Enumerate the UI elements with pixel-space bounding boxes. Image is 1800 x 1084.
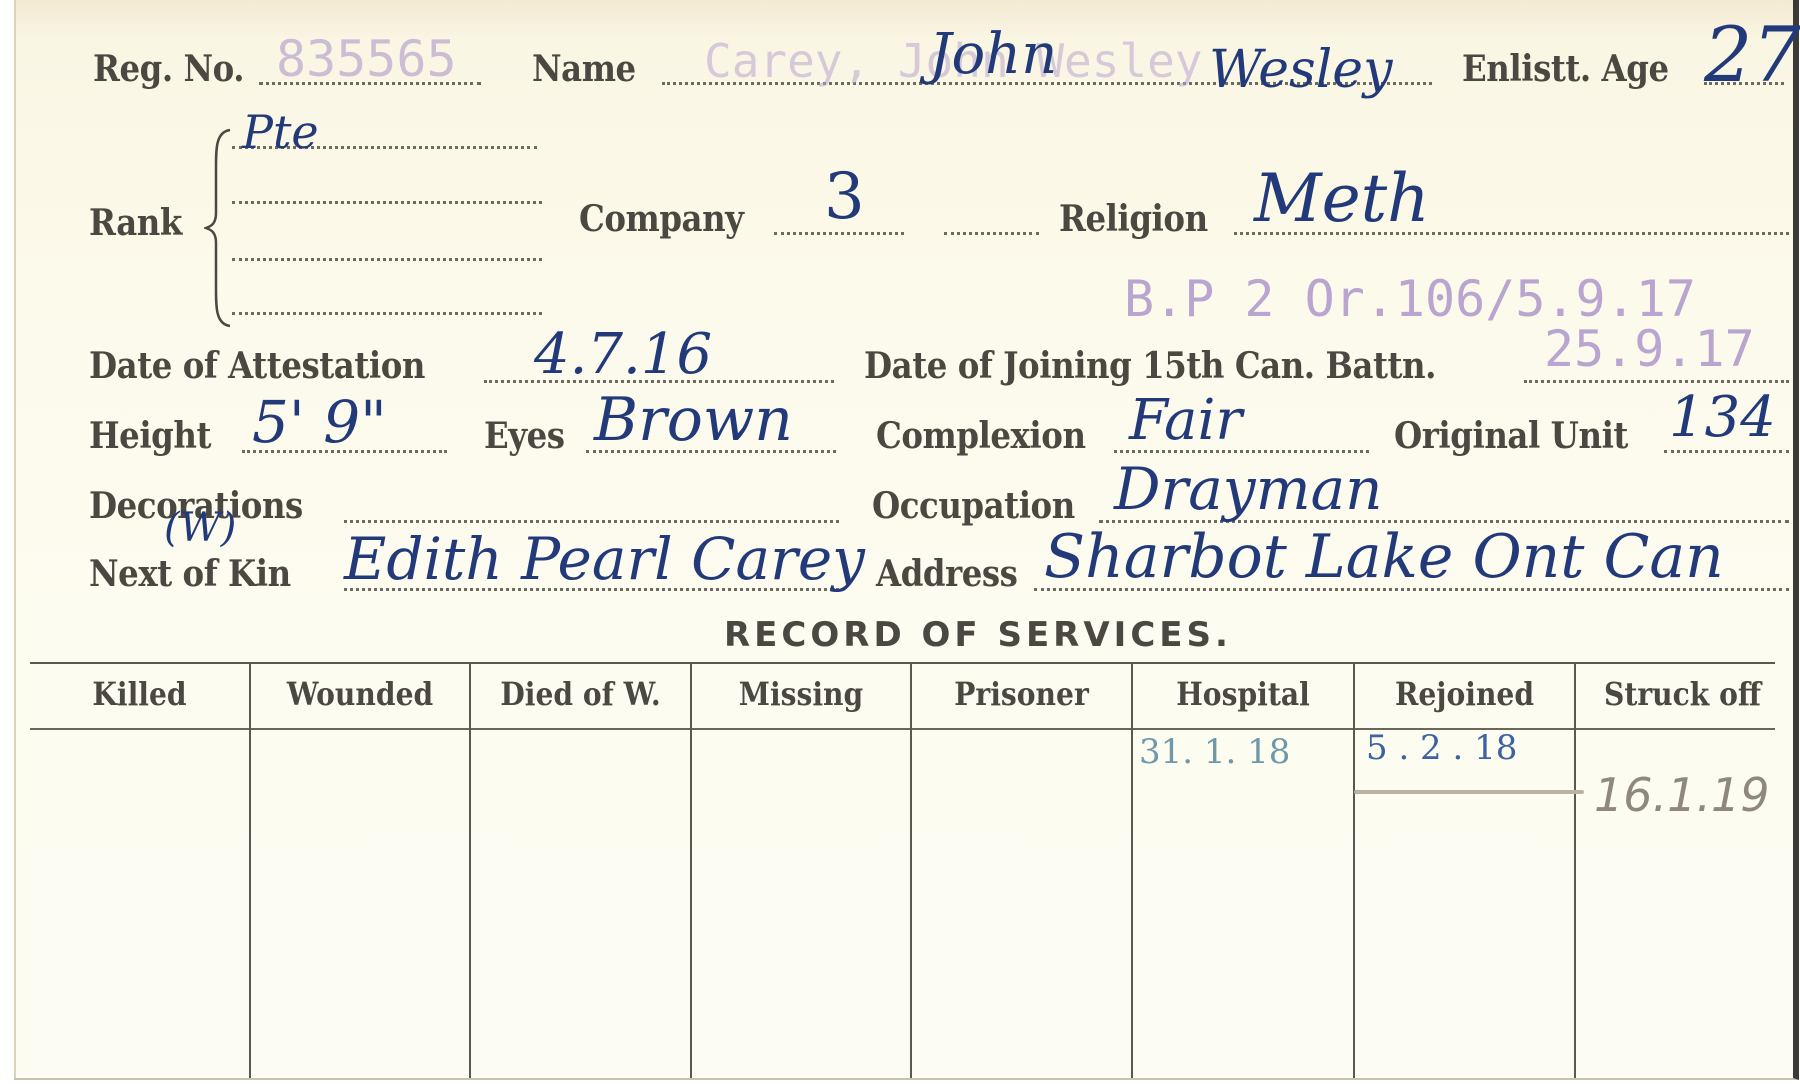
rank-brace: [204, 128, 234, 328]
attestation-label: Date of Attestation: [89, 345, 425, 387]
occupation-label: Occupation: [872, 485, 1075, 527]
col-header-rejoined: Rejoined: [1368, 675, 1561, 713]
eyes-label: Eyes: [484, 415, 565, 457]
rank-line-3: [232, 258, 542, 261]
complexion-value: Fair: [1129, 388, 1242, 453]
attestation-value: 4.7.16: [534, 322, 712, 387]
col-header-died-of-w: Died of W.: [484, 675, 677, 713]
col-header-wounded: Wounded: [264, 675, 456, 713]
service-card: Reg. No. 835565 Name Carey, John Wesley …: [14, 0, 1799, 1080]
original-unit-dots: [1664, 450, 1789, 453]
pencil-connector-line: [1354, 790, 1584, 794]
address-value: Sharbot Lake Ont Can: [1044, 522, 1724, 592]
name-handwritten-first: John: [929, 22, 1057, 87]
eyes-value: Brown: [594, 385, 793, 455]
struck-off-value: 16.1.19: [1594, 768, 1770, 822]
col-divider-1: [249, 664, 251, 1078]
height-label: Height: [89, 415, 211, 457]
reg-no-value: 835565: [276, 30, 457, 88]
next-of-kin-annotation: (W): [164, 505, 236, 551]
col-header-hospital: Hospital: [1146, 675, 1340, 713]
next-of-kin-label: Next of Kin: [89, 553, 291, 595]
company-label: Company: [579, 198, 744, 240]
enlist-age-label: Enlistt. Age: [1462, 48, 1669, 90]
hospital-value: 31. 1. 18: [1139, 732, 1290, 772]
col-divider-4: [910, 664, 912, 1078]
next-of-kin-value: Edith Pearl Carey: [344, 525, 865, 593]
decorations-dots: [344, 520, 839, 523]
religion-value: Meth: [1254, 160, 1430, 237]
record-title: RECORD OF SERVICES.: [724, 615, 1232, 655]
complexion-label: Complexion: [876, 415, 1086, 457]
col-divider-5: [1131, 664, 1133, 1078]
original-unit-label: Original Unit: [1394, 415, 1628, 457]
table-top-rule: [30, 662, 1775, 664]
col-header-struck-off: Struck off: [1589, 675, 1776, 713]
rejoined-value: 5 . 2 . 18: [1366, 728, 1517, 768]
address-label: Address: [876, 553, 1017, 595]
religion-label: Religion: [1059, 198, 1208, 240]
enlist-age-value: 27: [1704, 10, 1800, 99]
joining-dots: [1524, 380, 1789, 383]
col-divider-7: [1574, 664, 1576, 1078]
occupation-value: Drayman: [1114, 455, 1383, 523]
joining-label: Date of Joining 15th Can. Battn.: [864, 345, 1436, 387]
col-divider-3: [690, 664, 692, 1078]
name-handwritten-middle: Wesley: [1209, 40, 1392, 100]
rank-value-1: Pte: [242, 105, 319, 159]
company-extra-dots: [944, 232, 1039, 235]
col-header-missing: Missing: [705, 675, 897, 713]
col-divider-6: [1353, 664, 1355, 1078]
height-value: 5' 9": [252, 388, 387, 456]
name-label: Name: [532, 48, 636, 90]
reg-no-label: Reg. No.: [93, 48, 244, 90]
col-header-killed: Killed: [43, 675, 236, 713]
original-unit-value: 134: [1669, 385, 1776, 450]
col-header-prisoner: Prisoner: [925, 675, 1118, 713]
col-divider-2: [469, 664, 471, 1078]
joining-value: 25.9.17: [1544, 320, 1755, 378]
rank-label: Rank: [89, 202, 182, 244]
rank-line-4: [232, 312, 542, 315]
rank-line-2: [232, 201, 542, 204]
company-value: 3: [824, 160, 865, 234]
